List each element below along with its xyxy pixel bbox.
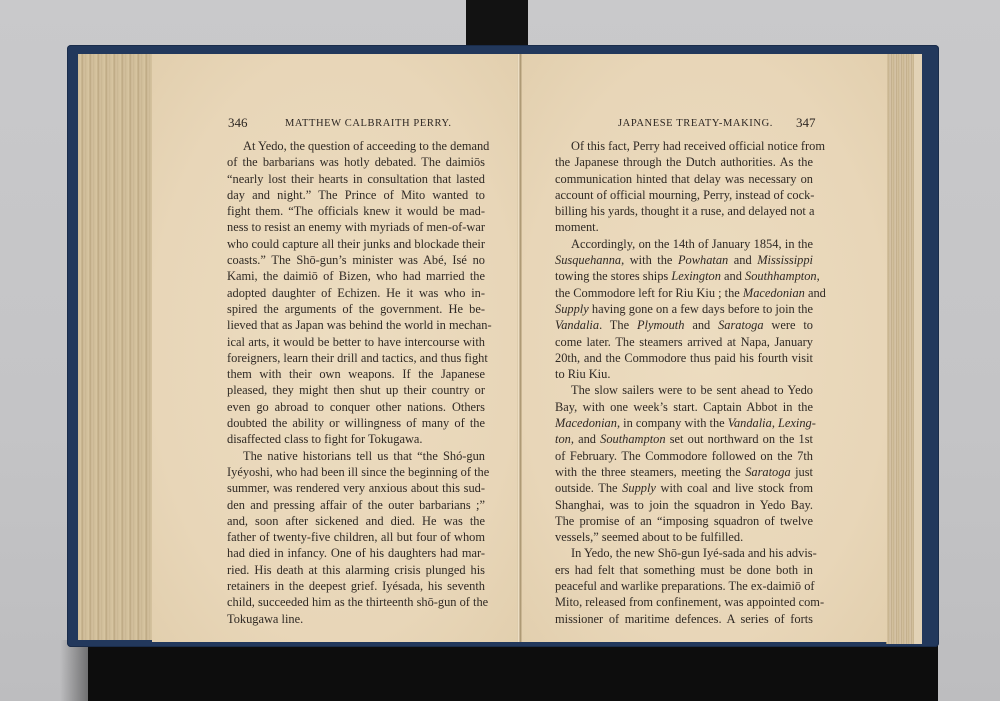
text-line: outside. The Supply with coal and live s… [555, 480, 813, 496]
text-line: the Commodore left for Riu Kiu ; the Mac… [555, 285, 813, 301]
text-line: The native historians tell us that “the … [227, 448, 485, 464]
text-line: Iyéyoshi, who had been ill since the beg… [227, 464, 485, 480]
text-line: adopted daughter of Echizen. He it was w… [227, 285, 485, 301]
text-line: even go abroad to conquer other nations.… [227, 399, 485, 415]
text-line: In Yedo, the new Shō-gun Iyé-sada and hi… [555, 545, 813, 561]
text-line: father of twenty-five children, all but … [227, 529, 485, 545]
flyleaf [914, 54, 922, 644]
text-line: fight them. “The officials knew it would… [227, 203, 485, 219]
text-line: billing his yards, thought it a ruse, an… [555, 203, 813, 219]
text-line: towing the stores ships Lexington and So… [555, 268, 813, 284]
text-line: foreigners, learn their drill and tactic… [227, 350, 485, 366]
text-line: child, succeeded him as the thirteenth s… [227, 594, 485, 610]
text-line: The promise of an “imposing squadron of … [555, 513, 813, 529]
text-line: Mito, released from confinement, was app… [555, 594, 813, 610]
text-line: ton, and Southampton set out northward o… [555, 431, 813, 447]
text-line: lieved that as Japan was behind the worl… [227, 317, 485, 333]
text-line: 20th, and the Commodore thus paid his fo… [555, 350, 813, 366]
text-line: ical arts, it would be better to have in… [227, 334, 485, 350]
text-line: of the barbarians was hotly debated. The… [227, 154, 485, 170]
text-line: and, soon after sickened and died. He wa… [227, 513, 485, 529]
text-line: den and pressing affair of the outer bar… [227, 497, 485, 513]
text-line: doubted the ability or willingness of ma… [227, 415, 485, 431]
page-edges-right [886, 54, 915, 644]
text-line: who could capture all their junks and bl… [227, 236, 485, 252]
text-line: Tokugawa line. [227, 611, 485, 627]
shadow [88, 640, 938, 701]
book-gutter [517, 54, 522, 642]
text-line: communication hinted that delay was nece… [555, 171, 813, 187]
text-line: spired the arguments of the government. … [227, 301, 485, 317]
text-line: missioner of maritime defences. A series… [555, 611, 813, 627]
text-line: Susquehanna, with the Powhatan and Missi… [555, 252, 813, 268]
page-number-left: 346 [228, 115, 248, 131]
text-line: Of this fact, Perry had received officia… [555, 138, 813, 154]
text-line: Supply having gone on a few days before … [555, 301, 813, 317]
text-line: peaceful and warlike preparations. The e… [555, 578, 813, 594]
text-line: Accordingly, on the 14th of January 1854… [555, 236, 813, 252]
text-line: come later. The steamers arrived at Napa… [555, 334, 813, 350]
text-line: Kami, the daimiō of Bizen, who had marri… [227, 268, 485, 284]
text-line: of February. The Commodore followed on t… [555, 448, 813, 464]
text-line: Vandalia. The Plymouth and Saratoga were… [555, 317, 813, 333]
text-line: ness to resist an enemy with myriads of … [227, 219, 485, 235]
text-line: “nearly lost their hearts in consultatio… [227, 171, 485, 187]
text-line: coasts.” The Shō-gun’s minister was Abé,… [227, 252, 485, 268]
text-line: had died in infancy. One of his daughter… [227, 545, 485, 561]
text-line: Macedonian, in company with the Vandalia… [555, 415, 813, 431]
running-head-right: JAPANESE TREATY-MAKING. [618, 118, 773, 129]
text-line: them with their own weapons. If the Japa… [227, 366, 485, 382]
page-number-right: 347 [796, 115, 816, 131]
text-line: disaffected class to fight for Tokugawa. [227, 431, 485, 447]
text-line: At Yedo, the question of acceeding to th… [227, 138, 485, 154]
page-edges-left [78, 54, 153, 640]
text-line: with the three steamers, meeting the Sar… [555, 464, 813, 480]
text-line: Shanghai, was to join the squadron in Ye… [555, 497, 813, 513]
text-line: The slow sailers were to be sent ahead t… [555, 382, 813, 398]
text-line: account of official mourning, Perry, ins… [555, 187, 813, 203]
left-page-body: At Yedo, the question of acceeding to th… [227, 138, 485, 627]
text-line: summer, was rendered very anxious about … [227, 480, 485, 496]
text-line: day and night.” The Prince of Mito wante… [227, 187, 485, 203]
text-line: moment. [555, 219, 813, 235]
text-line: Bay, with one week’s start. Captain Abbo… [555, 399, 813, 415]
right-page-body: Of this fact, Perry had received officia… [555, 138, 813, 627]
running-head-left: MATTHEW CALBRAITH PERRY. [285, 118, 452, 129]
text-line: ers had felt that something must be done… [555, 562, 813, 578]
text-line: retainers in the deepest grief. Iyésada,… [227, 578, 485, 594]
text-line: to Riu Kiu. [555, 366, 813, 382]
text-line: the Japanese through the Dutch authoriti… [555, 154, 813, 170]
text-line: ried. His death at this alarming crisis … [227, 562, 485, 578]
text-line: vessels,” seemed about to be fulfilled. [555, 529, 813, 545]
text-line: pleased, they might then shut up their c… [227, 382, 485, 398]
